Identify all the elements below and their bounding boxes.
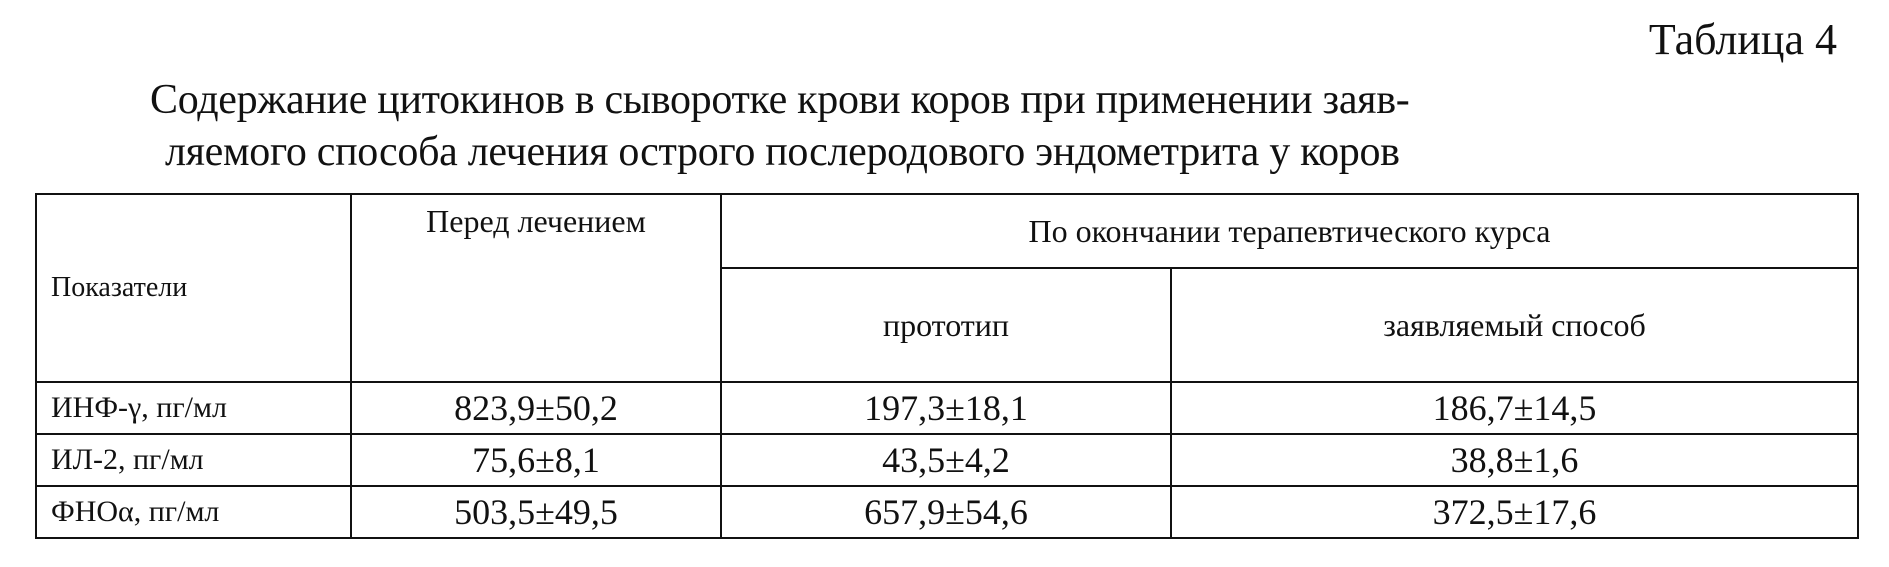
table-title-line-1: Содержание цитокинов в сыворотке крови к… (0, 74, 1889, 126)
header-before-treatment: Перед лечением (351, 194, 721, 382)
cytokine-table: Показатели Перед лечением По окончании т… (35, 193, 1859, 539)
table-caption: Таблица 4 (1649, 14, 1837, 66)
row-label: ИЛ-2, пг/мл (36, 434, 351, 486)
cell-claimed: 186,7±14,5 (1171, 382, 1858, 434)
cell-claimed: 38,8±1,6 (1171, 434, 1858, 486)
table-title-line-2: ляемого способа лечения острого послерод… (0, 126, 1889, 178)
header-row-1: Показатели Перед лечением По окончании т… (36, 194, 1858, 268)
table-title: Содержание цитокинов в сыворотке крови к… (0, 74, 1889, 178)
row-label: ИНФ-γ, пг/мл (36, 382, 351, 434)
table-row: ИЛ-2, пг/мл 75,6±8,1 43,5±4,2 38,8±1,6 (36, 434, 1858, 486)
cell-claimed: 372,5±17,6 (1171, 486, 1858, 538)
cell-before: 75,6±8,1 (351, 434, 721, 486)
header-prototype: прототип (721, 268, 1171, 382)
table-row: ИНФ-γ, пг/мл 823,9±50,2 197,3±18,1 186,7… (36, 382, 1858, 434)
table-row: ФНОα, пг/мл 503,5±49,5 657,9±54,6 372,5±… (36, 486, 1858, 538)
cell-prototype: 43,5±4,2 (721, 434, 1171, 486)
header-parameter: Показатели (36, 194, 351, 382)
row-label: ФНОα, пг/мл (36, 486, 351, 538)
cell-before: 503,5±49,5 (351, 486, 721, 538)
header-claimed-method: заявляемый способ (1171, 268, 1858, 382)
header-after-course: По окончании терапевтического курса (721, 194, 1858, 268)
cell-before: 823,9±50,2 (351, 382, 721, 434)
cell-prototype: 197,3±18,1 (721, 382, 1171, 434)
cell-prototype: 657,9±54,6 (721, 486, 1171, 538)
